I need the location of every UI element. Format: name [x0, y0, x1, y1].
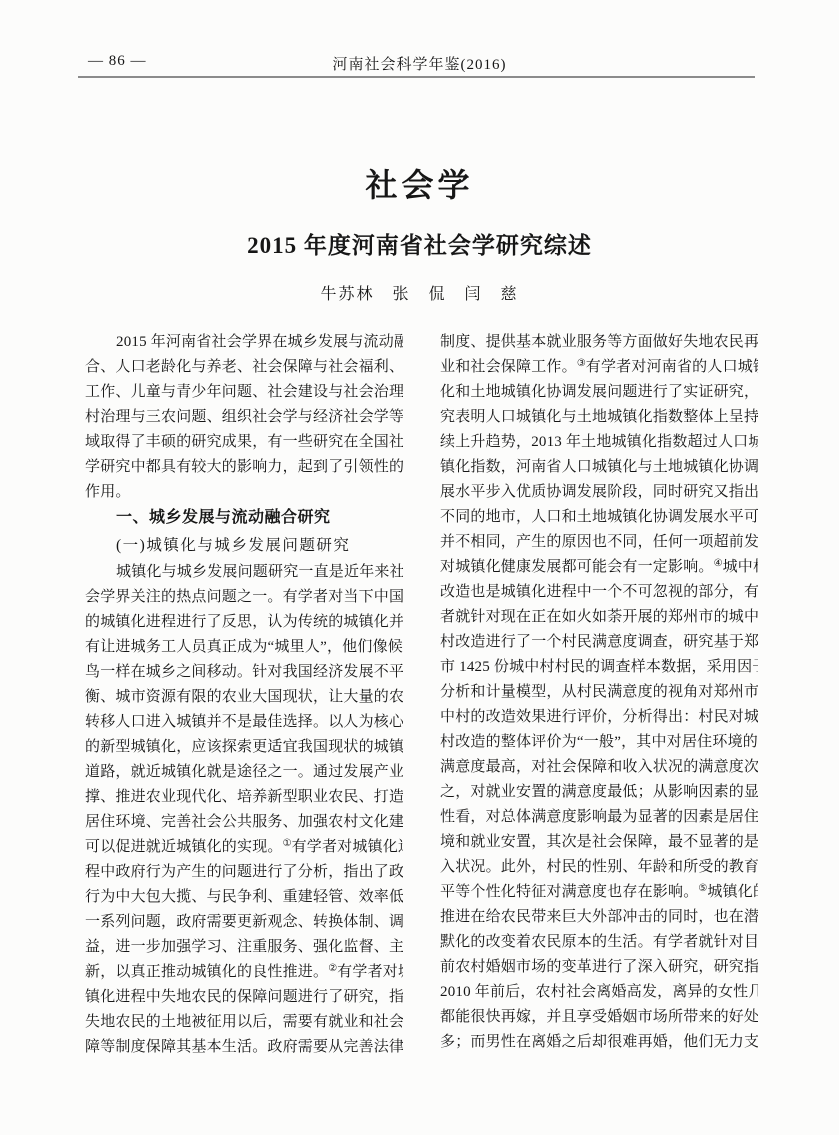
yearbook-page: — 86 — 河南社会科学年鉴(2016) 社会学 2015 年度河南省社会学研… [0, 0, 839, 1135]
text-line: 一系列问题，政府需要更新观念、转换体制、调整利 [85, 910, 403, 935]
text-line: 转移人口进入城镇并不是最佳选择。以人为核心 [85, 710, 403, 735]
text-line: 的城镇化进程进行了反思，认为传统的城镇化并没 [85, 610, 403, 635]
text-line: 作用。 [85, 480, 403, 505]
footnote-marker: ⑤ [698, 883, 707, 894]
footnote-marker: ① [283, 838, 292, 849]
article-title: 2015 年度河南省社会学研究综述 [0, 227, 839, 260]
text-line: 合、人口老龄化与养老、社会保障与社会福利、社会 [85, 355, 403, 380]
text-line: 对城镇化健康发展都可能会有一定影响。④城中村 [440, 555, 758, 580]
text-line: 前农村婚姻市场的变革进行了深入研究，研究指出 [440, 955, 758, 980]
text-line: 市 1425 份城中村村民的调查样本数据，采用因子 [440, 655, 758, 680]
text-line: 业和社会保障工作。③有学者对河南省的人口城镇 [440, 355, 758, 380]
text-line: 2015 年河南省社会学界在城乡发展与流动融 [85, 330, 403, 355]
footnote-marker: ③ [577, 358, 586, 369]
running-header-title: 河南社会科学年鉴(2016) [0, 53, 839, 74]
text-line: 不同的地市，人口和土地城镇化协调发展水平可能 [440, 505, 758, 530]
text-line: 境和就业安置，其次是社会保障，最不显著的是收 [440, 830, 758, 855]
text-line: 学研究中都具有较大的影响力，起到了引领性的 [85, 455, 403, 480]
text-line: 村改造进行了一个村民满意度调查，研究基于郑州 [440, 630, 758, 655]
text-line: 究表明人口城镇化与土地城镇化指数整体上呈持 [440, 405, 758, 430]
text-line: 推进在给农民带来巨大外部冲击的同时，也在潜移 [440, 905, 758, 930]
text-line: 镇化进程中失地农民的保障问题进行了研究，指出 [85, 985, 403, 1010]
text-line: 城镇化与城乡发展问题研究一直是近年来社 [85, 560, 403, 585]
text-line: 改造也是城镇化进程中一个不可忽视的部分，有学 [440, 580, 758, 605]
text-line: 会学界关注的热点问题之一。有学者对当下中国 [85, 585, 403, 610]
text-line: 有让进城务工人员真正成为“城里人”，他们像候 [85, 635, 403, 660]
text-line: 之，对就业安置的满意度最低；从影响因素的显著 [440, 780, 758, 805]
text-line: 分析和计量模型，从村民满意度的视角对郑州市城 [440, 680, 758, 705]
text-line: 平等个性化特征对满意度也存在影响。⑤城镇化的 [440, 880, 758, 905]
text-line: 失地农民的土地被征用以后，需要有就业和社会保 [85, 1010, 403, 1035]
text-line: 并不相同，产生的原因也不同，任何一项超前发展 [440, 530, 758, 555]
text-line: 程中政府行为产生的问题进行了分析，指出了政府 [85, 860, 403, 885]
text-line: 障等制度保障其基本生活。政府需要从完善法律 [85, 1035, 403, 1060]
text-line: 续上升趋势，2013 年土地城镇化指数超过人口城 [440, 430, 758, 455]
text-line: 域取得了丰硕的研究成果，有一些研究在全国社会 [85, 430, 403, 455]
text-line: 新，以真正推动城镇化的良性推进。②有学者对城 [85, 960, 403, 985]
text-line: 入状况。此外，村民的性别、年龄和所受的教育水 [440, 855, 758, 880]
text-line: 展水平步入优质协调发展阶段，同时研究又指出在 [440, 480, 758, 505]
text-line: 村改造的整体评价为“一般”，其中对居住环境的 [440, 730, 758, 755]
text-line: 者就针对现在正在如火如荼开展的郑州市的城中 [440, 605, 758, 630]
text-line: 2010 年前后，农村社会离婚高发，离异的女性几乎 [440, 980, 758, 1005]
authors-line: 牛苏林 张 侃 闫 慈 [0, 281, 839, 304]
text-line: 默化的改变着农民原本的生活。有学者就针对目 [440, 930, 758, 955]
text-line: 鸟一样在城乡之间移动。针对我国经济发展不平 [85, 660, 403, 685]
text-line: 村治理与三农问题、组织社会学与经济社会学等领 [85, 405, 403, 430]
footnote-marker: ④ [714, 558, 723, 569]
text-line: 的新型城镇化，应该探索更适宜我国现状的城镇化 [85, 735, 403, 760]
text-line: 益，进一步加强学习、注重服务、强化监督、主动创 [85, 935, 403, 960]
text-line: 制度、提供基本就业服务等方面做好失地农民再就 [440, 330, 758, 355]
text-line: 化和土地城镇化协调发展问题进行了实证研究，研 [440, 380, 758, 405]
text-line: 满意度最高，对社会保障和收入状况的满意度次 [440, 755, 758, 780]
text-line: 镇化指数，河南省人口城镇化与土地城镇化协调发 [440, 455, 758, 480]
text-line: 居住环境、完善社会公共服务、加强农村文化建设， [85, 810, 403, 835]
header-divider-rule [78, 76, 755, 78]
text-line: 都能很快再嫁，并且享受婚姻市场所带来的好处更 [440, 1005, 758, 1030]
text-line: 衡、城市资源有限的农业大国现状，让大量的农业 [85, 685, 403, 710]
text-line: 可以促进就近城镇化的实现。①有学者对城镇化过 [85, 835, 403, 860]
category-title: 社会学 [0, 160, 839, 206]
sub-section-heading: (一)城镇化与城乡发展问题研究 [85, 530, 403, 560]
text-line: 道路，就近城镇化就是途径之一。通过发展产业支 [85, 760, 403, 785]
text-line: 工作、儿童与青少年问题、社会建设与社会治理、乡 [85, 380, 403, 405]
text-line: 多；而男性在离婚之后却很难再婚，他们无力支付 [440, 1030, 758, 1055]
text-line: 性看，对总体满意度影响最为显著的因素是居住环 [440, 805, 758, 830]
text-line: 行为中大包大揽、与民争利、重建轻管、效率低下等 [85, 885, 403, 910]
text-line: 中村的改造效果进行评价，分析得出：村民对城中 [440, 705, 758, 730]
text-line: 撑、推进农业现代化、培养新型职业农民、打造新型 [85, 785, 403, 810]
footnote-marker: ② [328, 963, 337, 974]
left-text-column: 2015 年河南省社会学界在城乡发展与流动融合、人口老龄化与养老、社会保障与社会… [85, 330, 403, 1060]
right-text-column: 制度、提供基本就业服务等方面做好失地农民再就业和社会保障工作。③有学者对河南省的… [440, 330, 758, 1055]
section-heading: 一、城乡发展与流动融合研究 [85, 505, 403, 530]
